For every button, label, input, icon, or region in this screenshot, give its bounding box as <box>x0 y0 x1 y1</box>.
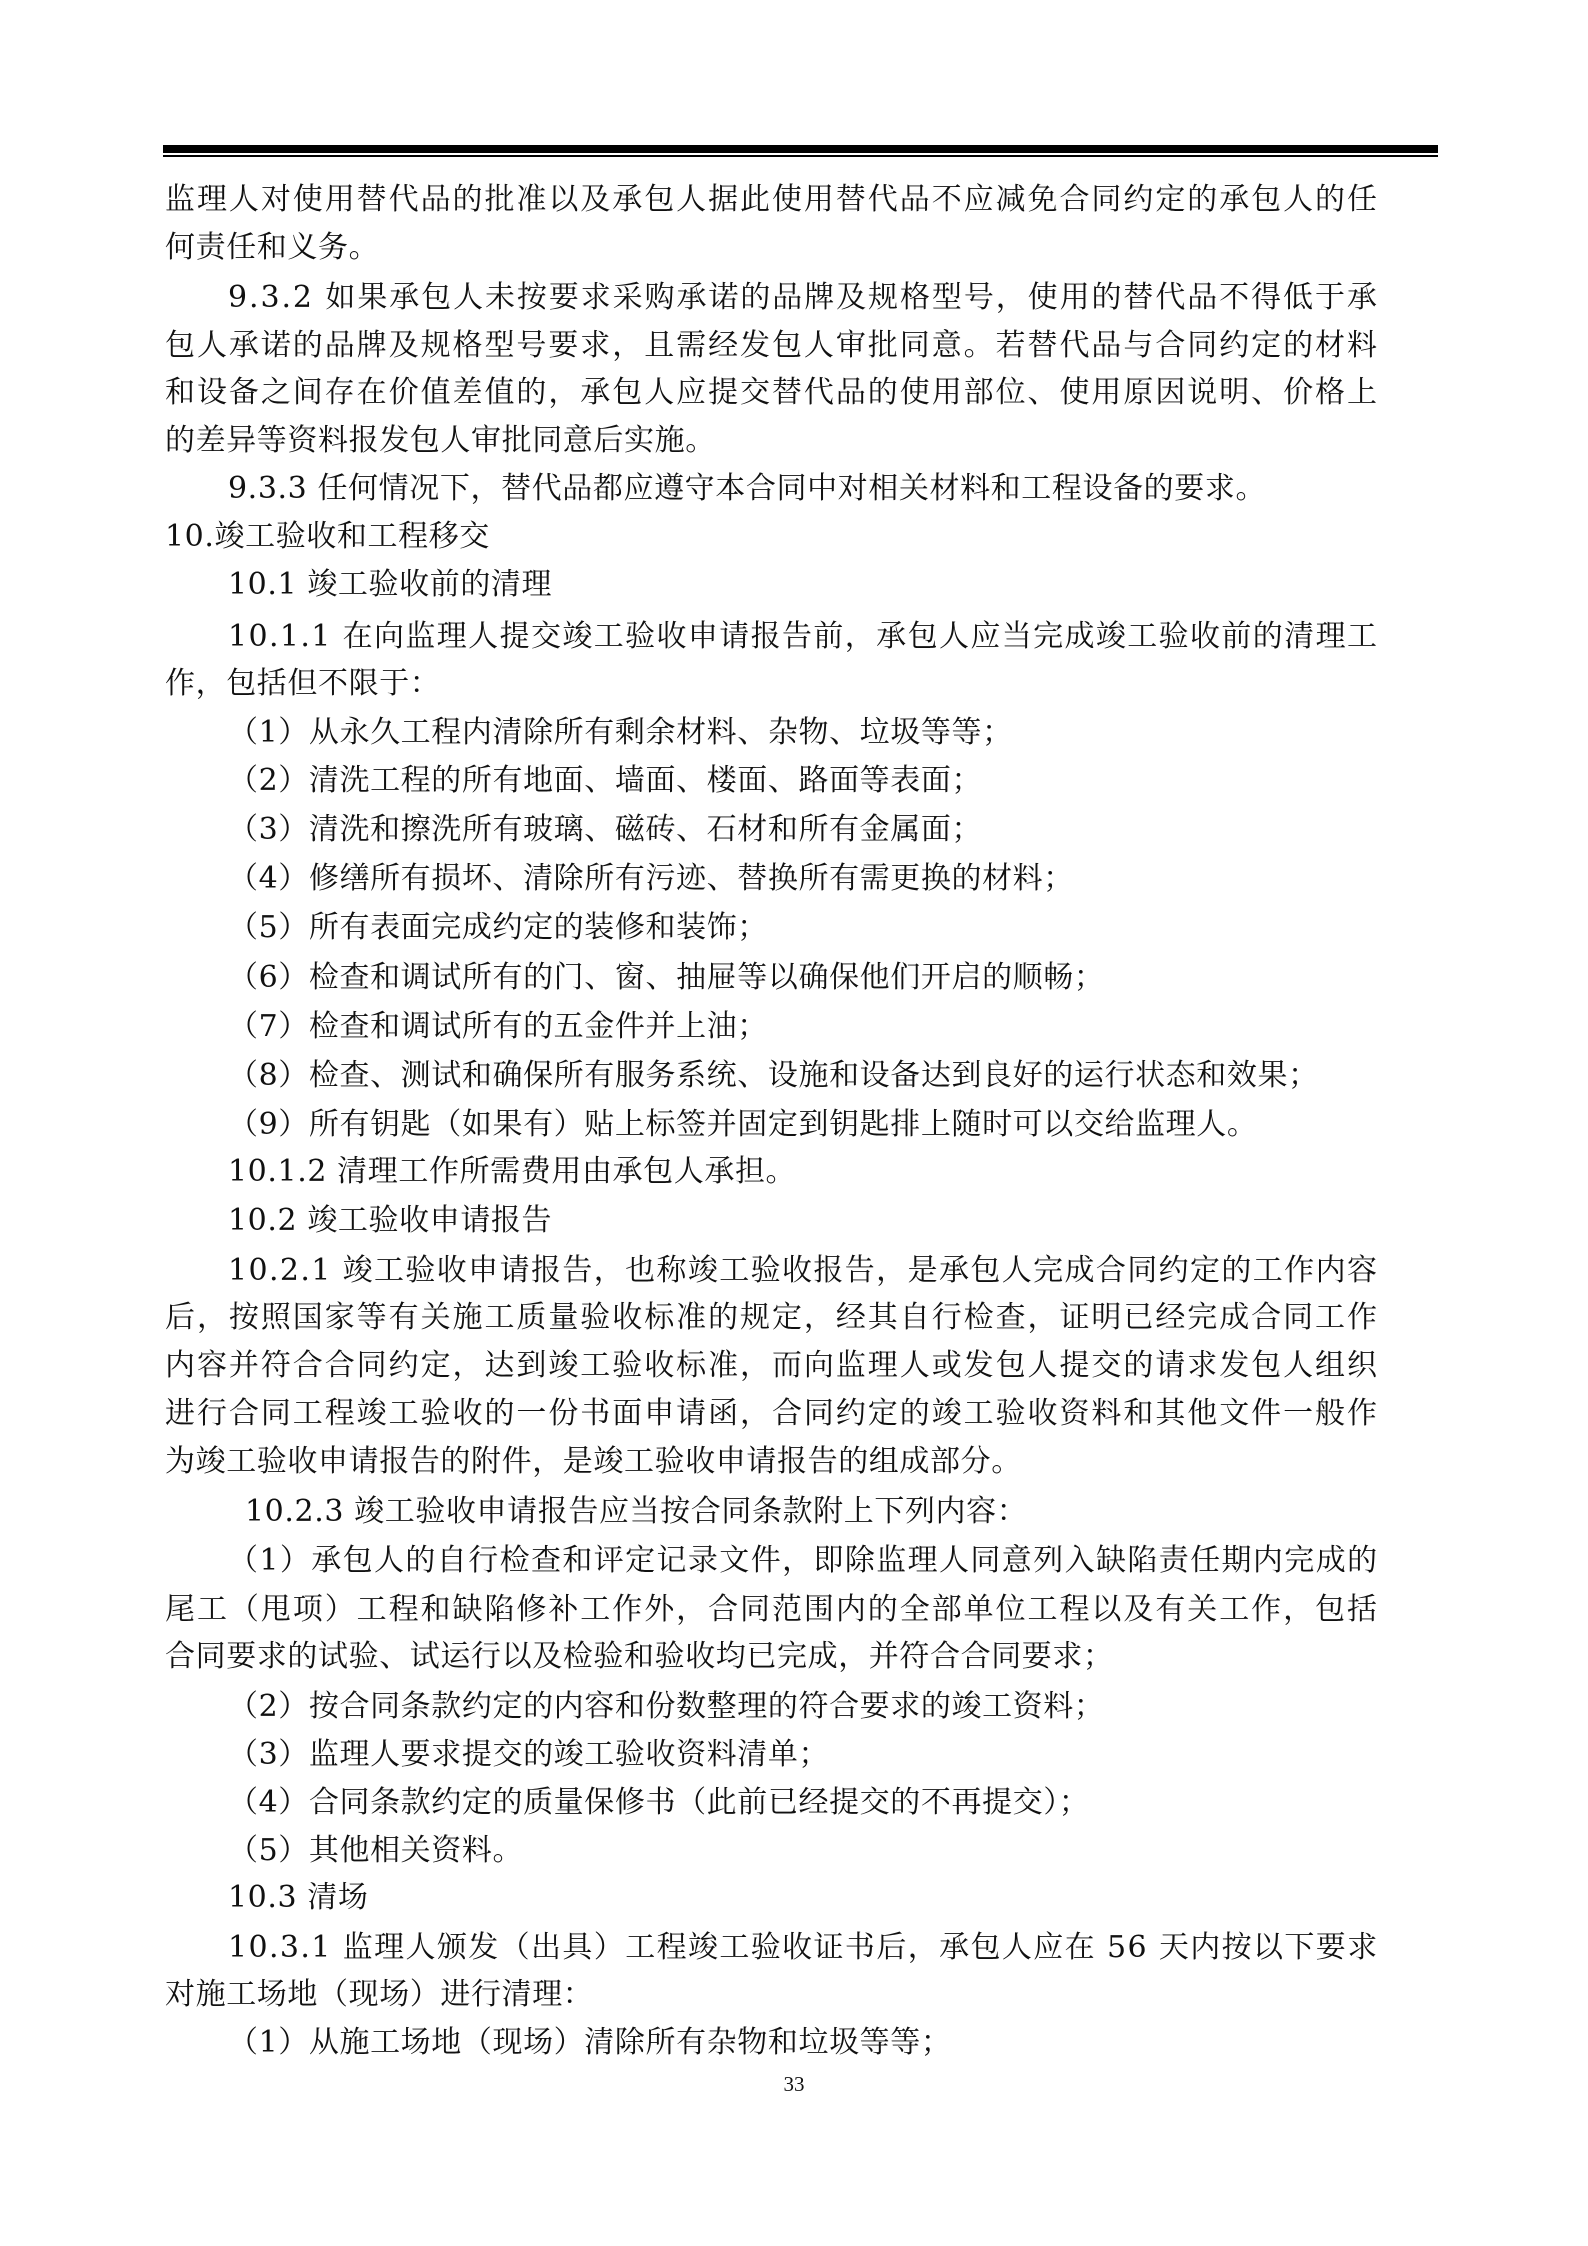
text-line: （4）修缮所有损坏、清除所有污迹、替换所有需更换的材料； <box>228 859 1074 899</box>
text-line: （1）从施工场地（现场）清除所有杂物和垃圾等等； <box>228 2023 952 2063</box>
text-line: 10.3 清场 <box>228 1878 369 1918</box>
text-line: 10.1.2 清理工作所需费用由承包人承担。 <box>228 1152 796 1192</box>
text-line: 10.1 竣工验收前的清理 <box>228 565 552 605</box>
page-number: 33 <box>0 2072 1588 2097</box>
text-line: 9.3.2 如果承包人未按要求采购承诺的品牌及规格型号，使用的替代品不得低于承 <box>228 278 1379 318</box>
header-rule-thick <box>163 145 1438 153</box>
text-line: （8）检查、测试和确保所有服务系统、设施和设备达到良好的运行状态和效果； <box>228 1056 1319 1096</box>
text-line: （5）所有表面完成约定的装修和装饰； <box>228 908 768 948</box>
text-line: 10.2.3 竣工验收申请报告应当按合同条款附上下列内容： <box>245 1492 1027 1532</box>
text-line: 为竣工验收申请报告的附件，是竣工验收申请报告的组成部分。 <box>165 1442 1022 1482</box>
text-line: 10.竣工验收和工程移交 <box>165 517 490 557</box>
text-line: （9）所有钥匙（如果有）贴上标签并固定到钥匙排上随时可以交给监理人。 <box>228 1105 1258 1145</box>
text-line: （2）清洗工程的所有地面、墙面、楼面、路面等表面； <box>228 761 982 801</box>
text-line: 监理人对使用替代品的批准以及承包人据此使用替代品不应减免合同约定的承包人的任 <box>165 180 1379 220</box>
text-line: 10.2 竣工验收申请报告 <box>228 1201 552 1241</box>
text-line: 的差异等资料报发包人审批同意后实施。 <box>165 421 716 461</box>
text-line: （3）清洗和擦洗所有玻璃、磁砖、石材和所有金属面； <box>228 810 982 850</box>
text-line: 包人承诺的品牌及规格型号要求，且需经发包人审批同意。若替代品与合同约定的材料 <box>165 326 1379 366</box>
text-line: （3）监理人要求提交的竣工验收资料清单； <box>228 1735 829 1775</box>
text-line: 和设备之间存在价值差值的，承包人应提交替代品的使用部位、使用原因说明、价格上 <box>165 373 1379 413</box>
text-line: （4）合同条款约定的质量保修书（此前已经提交的不再提交）； <box>228 1783 1090 1823</box>
text-line: 后，按照国家等有关施工质量验收标准的规定，经其自行检查，证明已经完成合同工作 <box>165 1298 1379 1338</box>
text-line: （1）承包人的自行检查和评定记录文件，即除监理人同意列入缺陷责任期内完成的 <box>228 1541 1378 1581</box>
text-line: 10.2.1 竣工验收申请报告，也称竣工验收报告，是承包人完成合同约定的工作内容 <box>228 1251 1378 1291</box>
text-line: （7）检查和调试所有的五金件并上油； <box>228 1007 768 1047</box>
text-line: 尾工（甩项）工程和缺陷修补工作外，合同范围内的全部单位工程以及有关工作，包括 <box>165 1590 1379 1630</box>
text-line: 9.3.3 任何情况下，替代品都应遵守本合同中对相关材料和工程设备的要求。 <box>228 469 1266 509</box>
text-line: 10.3.1 监理人颁发（出具）工程竣工验收证书后，承包人应在 56 天内按以下… <box>228 1928 1379 1968</box>
text-line: 内容并符合合同约定，达到竣工验收标准，而向监理人或发包人提交的请求发包人组织 <box>165 1346 1379 1386</box>
text-line: （2）按合同条款约定的内容和份数整理的符合要求的竣工资料； <box>228 1687 1105 1727</box>
text-line: 进行合同工程竣工验收的一份书面申请函，合同约定的竣工验收资料和其他文件一般作 <box>165 1394 1379 1434</box>
text-line: 合同要求的试验、试运行以及检验和验收均已完成，并符合合同要求； <box>165 1637 1114 1677</box>
text-line: （1）从永久工程内清除所有剩余材料、杂物、垃圾等等； <box>228 713 1013 753</box>
text-line: （6）检查和调试所有的门、窗、抽屉等以确保他们开启的顺畅； <box>228 958 1105 998</box>
text-line: 作，包括但不限于： <box>165 664 440 704</box>
document-page: 监理人对使用替代品的批准以及承包人据此使用替代品不应减免合同约定的承包人的任何责… <box>0 0 1588 2246</box>
text-line: 对施工场地（现场）进行清理： <box>165 1975 593 2015</box>
header-rule-thin <box>163 155 1438 157</box>
text-line: （5）其他相关资料。 <box>228 1831 523 1871</box>
text-line: 何责任和义务。 <box>165 228 379 268</box>
text-line: 10.1.1 在向监理人提交竣工验收申请报告前，承包人应当完成竣工验收前的清理工 <box>228 617 1378 657</box>
